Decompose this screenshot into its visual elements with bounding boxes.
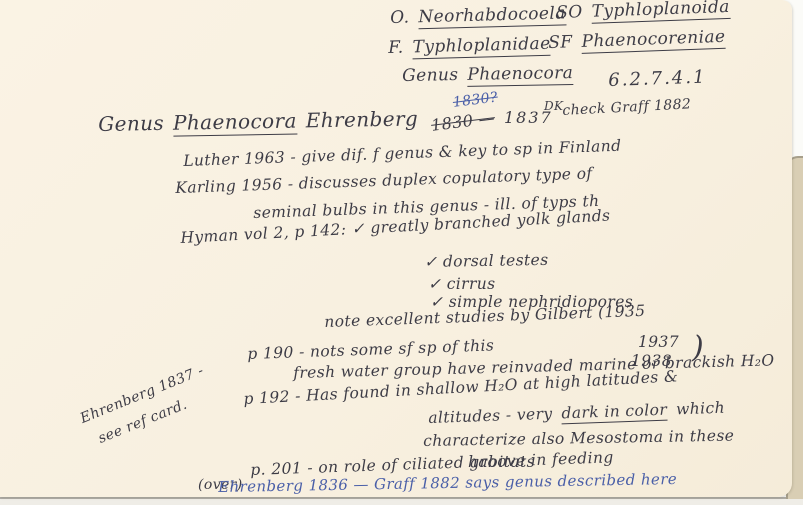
genus-prefix: Genus xyxy=(402,65,459,86)
title-initials: DK xyxy=(544,99,563,113)
header-family: F.Typhloplanidae xyxy=(388,34,551,58)
header-order: O.Neorhabdocoela xyxy=(390,3,566,28)
subfamily-prefix: SF xyxy=(548,32,573,53)
card-code: 6.2.7.4.1 xyxy=(608,67,707,91)
altitudes-post: which xyxy=(676,399,725,419)
suborder-prefix: SO xyxy=(556,2,583,23)
title-genus: Phaenocora xyxy=(173,109,297,137)
order-name: Neorhabdocoela xyxy=(418,3,566,29)
genus-name: Phaenocora xyxy=(467,63,573,87)
family-name: Typhloplanidae xyxy=(412,34,550,60)
order-prefix: O. xyxy=(390,7,410,27)
header-genus: GenusPhaenocora xyxy=(402,63,573,86)
altitudes-underlined: dark in color xyxy=(561,401,667,425)
note-check-cirrus: ✓ cirrus xyxy=(428,275,496,293)
title-label: Genus xyxy=(98,111,164,136)
title-author: Ehrenberg xyxy=(306,106,419,132)
note-gilbert-1937: 1937 xyxy=(638,333,679,351)
scan-bottom-edge xyxy=(0,497,803,505)
header-suborder: SOTyphloplanoida xyxy=(556,0,730,23)
family-prefix: F. xyxy=(388,38,404,58)
note-check-dorsal: ✓ dorsal testes xyxy=(424,251,549,271)
